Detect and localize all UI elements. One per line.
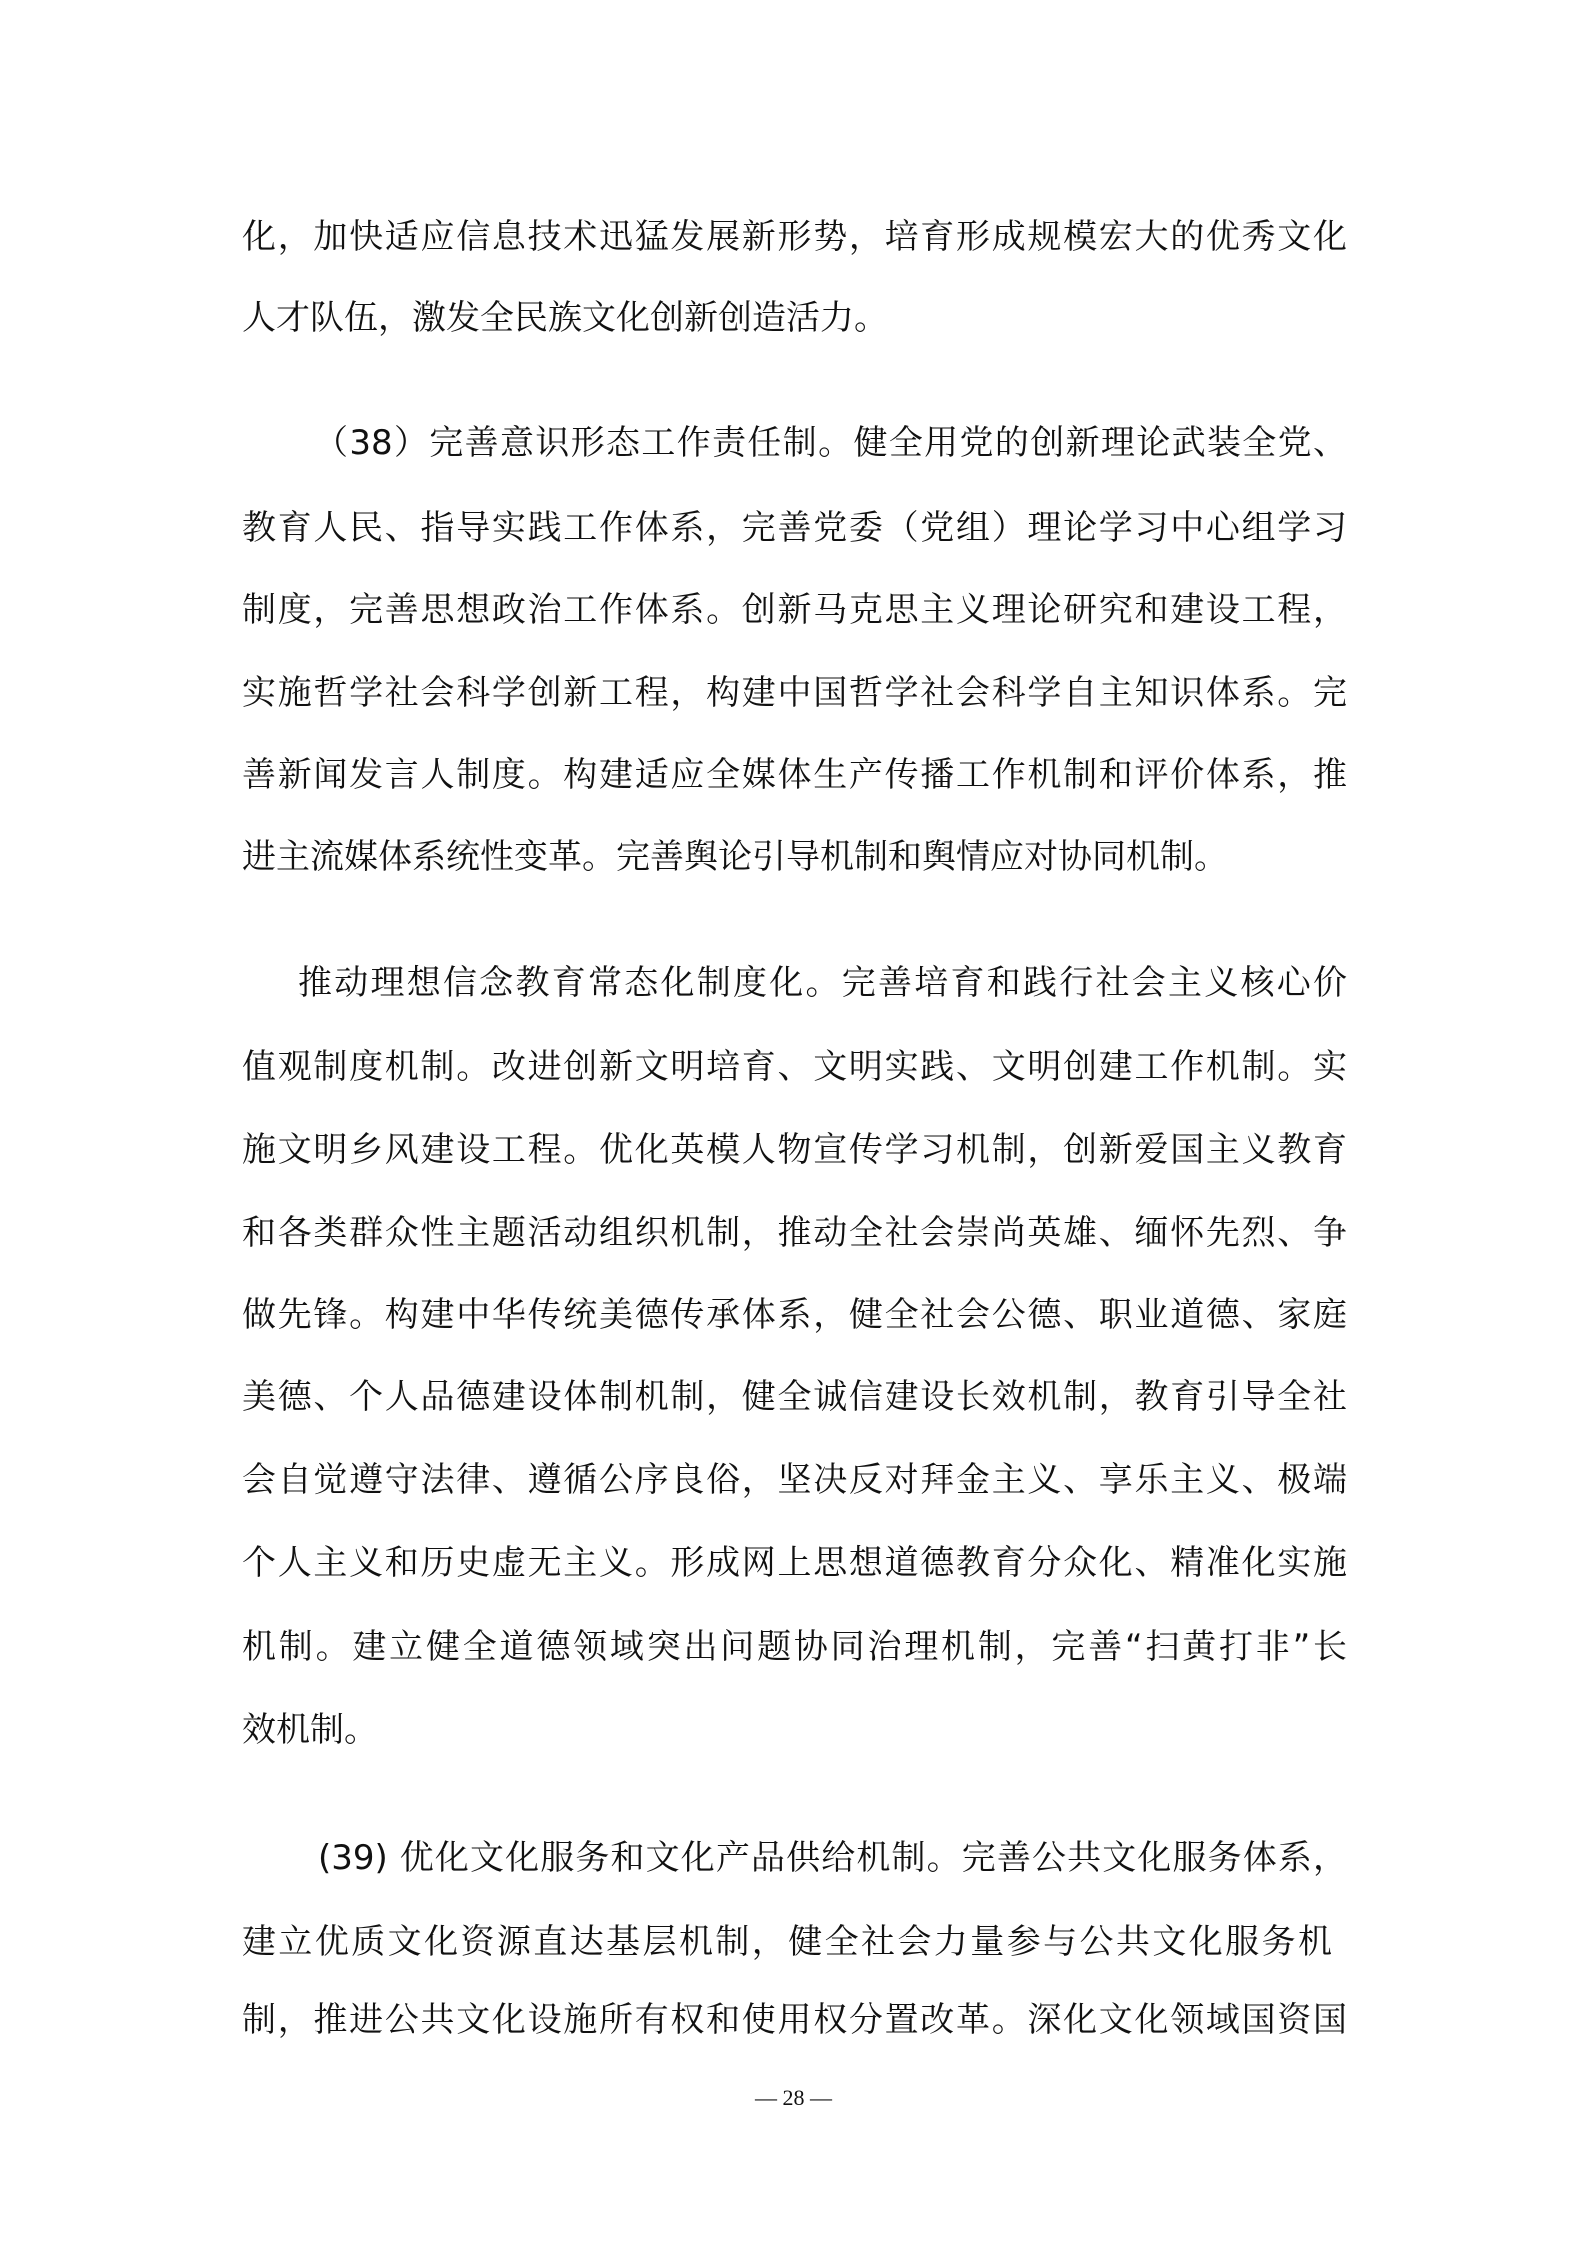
text-line: 做先锋。构建中华传统美德传承体系，健全社会公德、职业道德、家庭 (242, 1293, 1347, 1337)
text-line: 会自觉遵守法律、遵循公序良俗，坚决反对拜金主义、享乐主义、极端 (242, 1458, 1347, 1502)
text-line: 制度，完善思想政治工作体系。创新马克思主义理论研究和建设工程， (242, 588, 1347, 632)
text-line: 实施哲学社会科学创新工程，构建中国哲学社会科学自主知识体系。完 (242, 671, 1347, 715)
page-number: — 28 — (0, 2085, 1587, 2111)
text-line: 化，加快适应信息技术迅猛发展新形势，培育形成规模宏大的优秀文化 (242, 215, 1347, 259)
text-line: 值观制度机制。改进创新文明培育、文明实践、文明创建工作机制。实 (242, 1045, 1347, 1089)
text-line: 教育人民、指导实践工作体系，完善党委（党组）理论学习中心组学习 (242, 506, 1347, 550)
text-line: （38）完善意识形态工作责任制。健全用党的创新理论武装全党、 (314, 421, 1347, 465)
document-page: 化，加快适应信息技术迅猛发展新形势，培育形成规模宏大的优秀文化 人才队伍，激发全… (0, 0, 1587, 2245)
text-line: 和各类群众性主题活动组织机制，推动全社会崇尚英雄、缅怀先烈、争 (242, 1211, 1347, 1255)
text-line: 进主流媒体系统性变革。完善舆论引导机制和舆情应对协同机制。 (242, 835, 1347, 879)
text-line: 人才队伍，激发全民族文化创新创造活力。 (242, 296, 1347, 340)
text-line: 制，推进公共文化设施所有权和使用权分置改革。深化文化领域国资国 (242, 1998, 1347, 2042)
text-line: 个人主义和历史虚无主义。形成网上思想道德教育分众化、精准化实施 (242, 1541, 1347, 1585)
text-line: 建立优质文化资源直达基层机制，健全社会力量参与公共文化服务机 (242, 1920, 1332, 1964)
text-line: 机制。建立健全道德领域突出问题协同治理机制，完善“扫黄打非”长 (242, 1625, 1347, 1669)
text-line: (39) 优化文化服务和文化产品供给机制。完善公共文化服务体系， (318, 1836, 1347, 1880)
text-line: 善新闻发言人制度。构建适应全媒体生产传播工作机制和评价体系，推 (242, 753, 1347, 797)
text-line: 施文明乡风建设工程。优化英模人物宣传学习机制，创新爱国主义教育 (242, 1128, 1347, 1172)
text-line: 美德、个人品德建设体制机制，健全诚信建设长效机制，教育引导全社 (242, 1375, 1347, 1419)
text-line: 推动理想信念教育常态化制度化。完善培育和践行社会主义核心价 (298, 961, 1347, 1005)
text-line: 效机制。 (242, 1708, 1347, 1752)
